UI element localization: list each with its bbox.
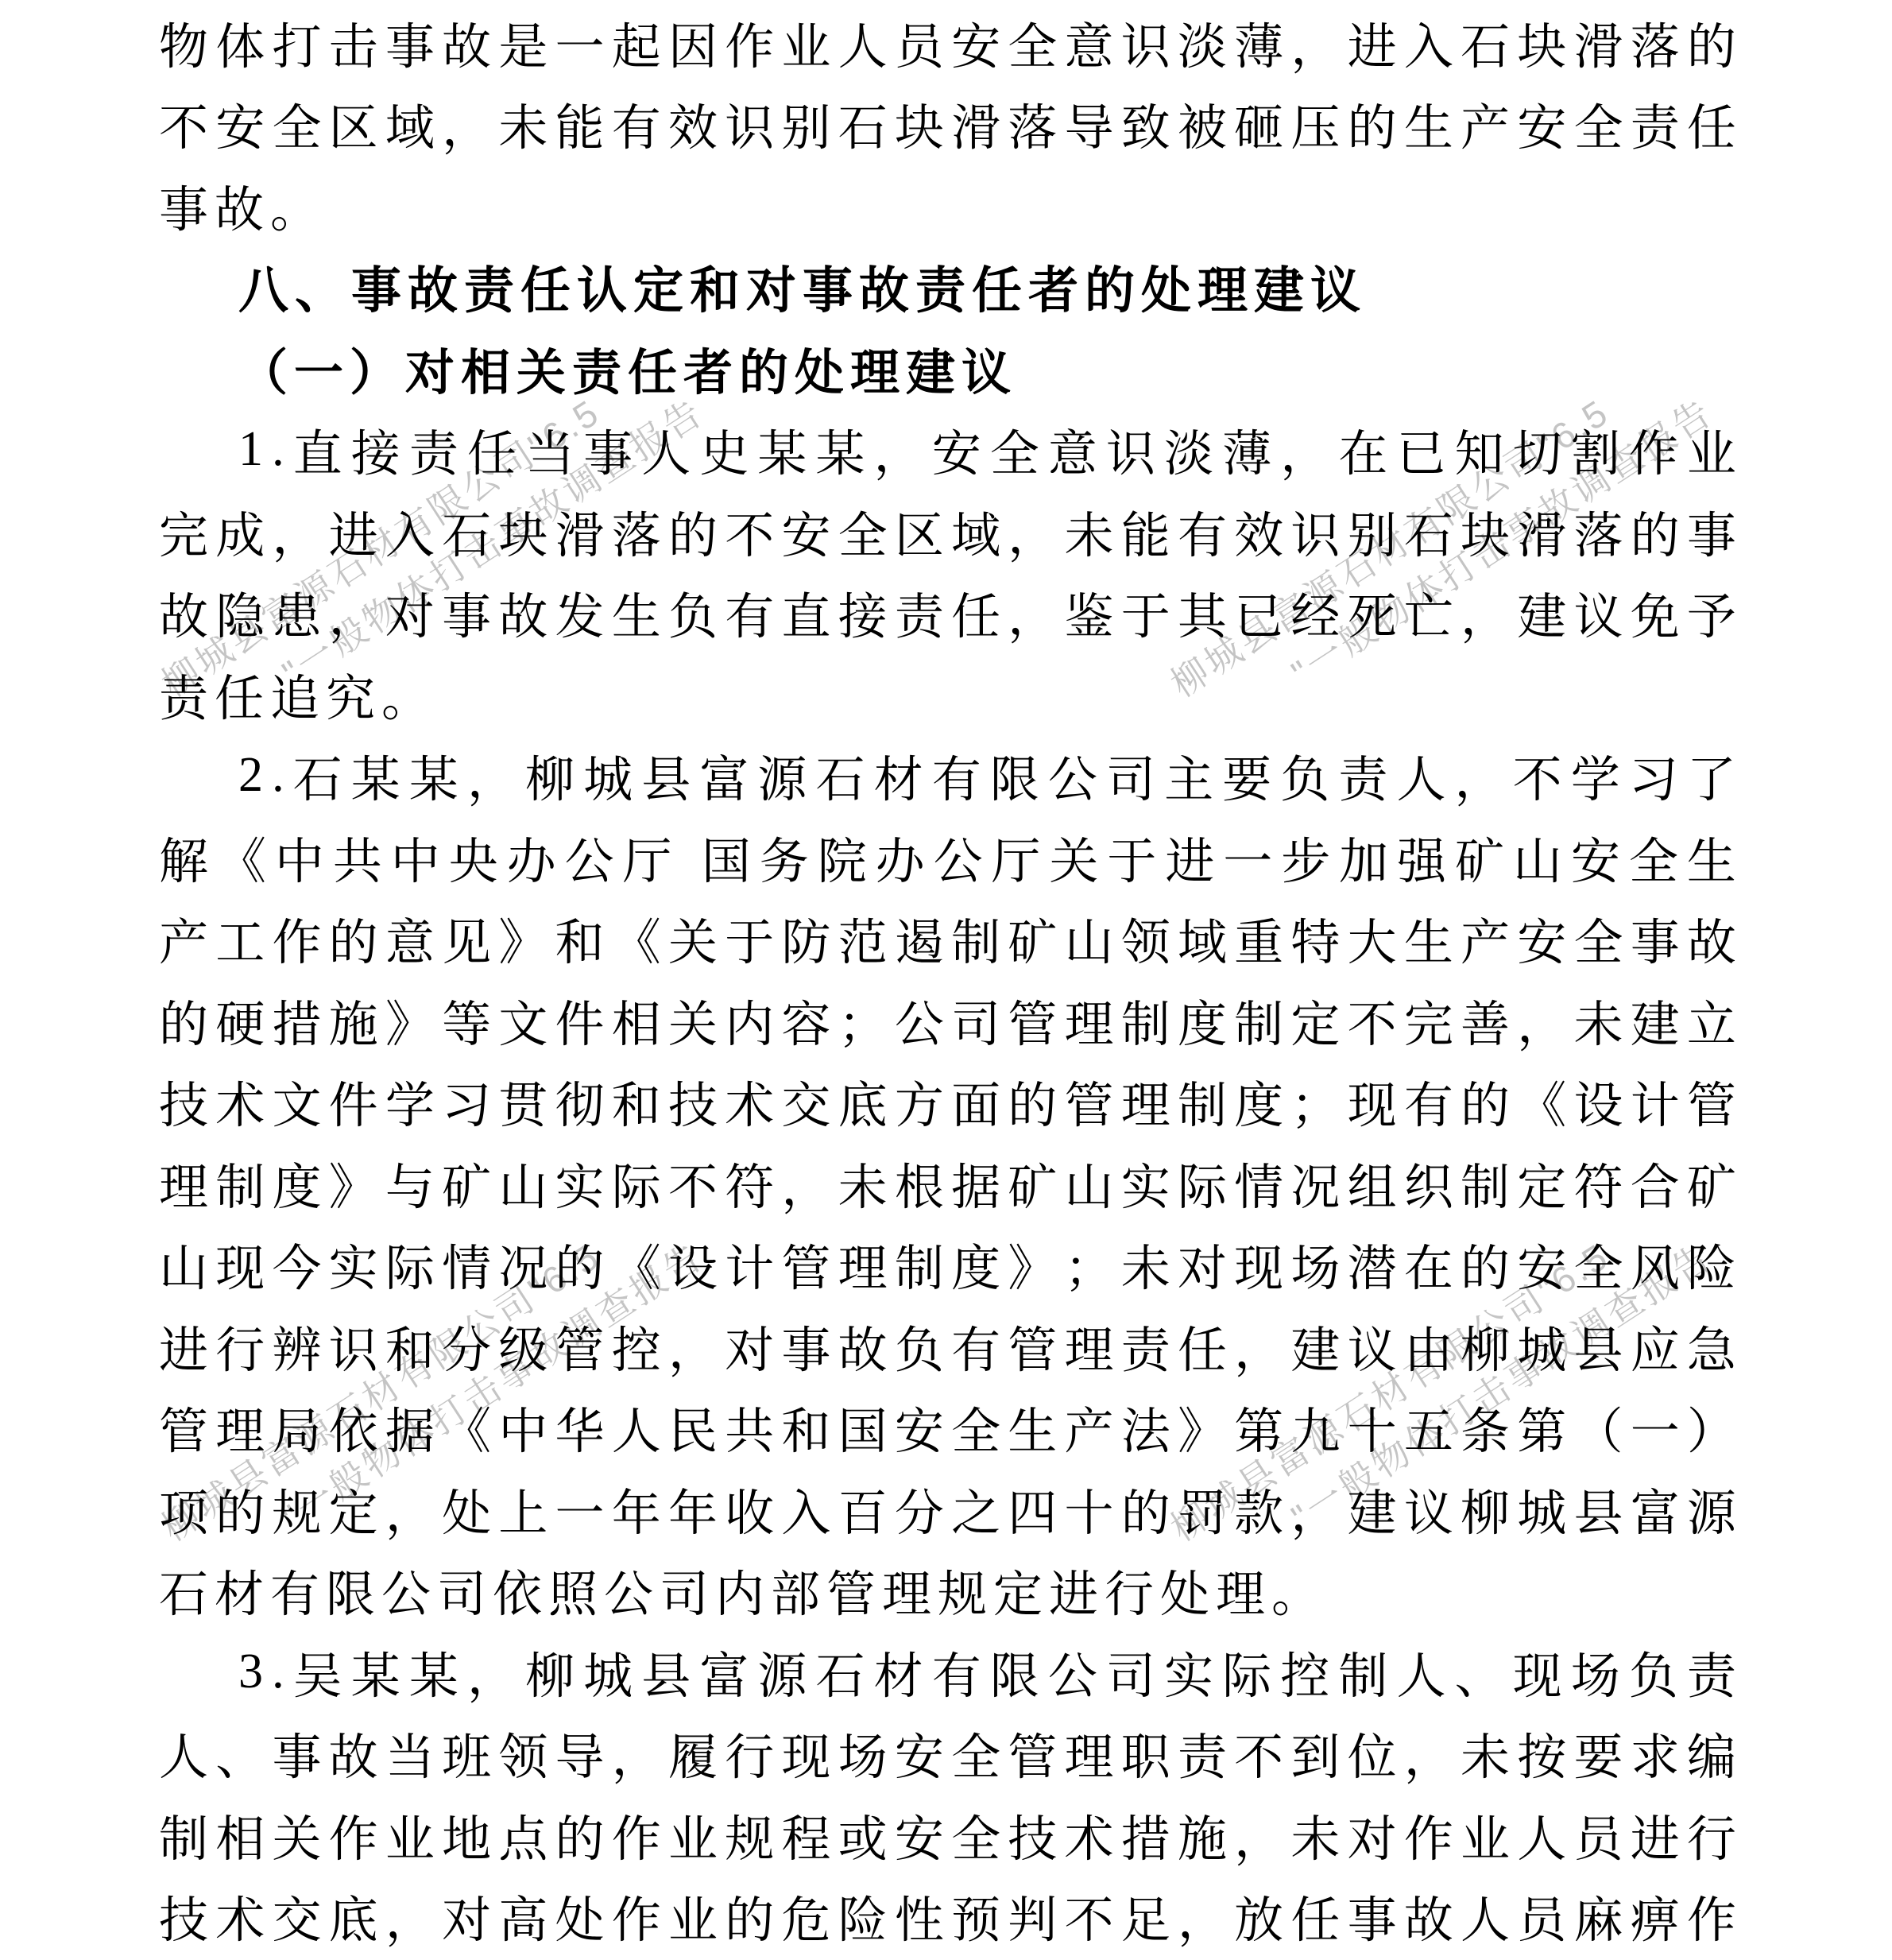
text-line: 石材有限公司依照公司内部管理规定进行处理。 bbox=[159, 1550, 1736, 1632]
text-line: 理制度》与矿山实际不符，未根据矿山实际情况组织制定符合矿 bbox=[159, 1142, 1736, 1224]
text-line: 人、事故当班领导，履行现场安全管理职责不到位，未按要求编 bbox=[159, 1713, 1736, 1795]
text-line: 解《中共中央办公厅 国务院办公厅关于进一步加强矿山安全生 bbox=[159, 816, 1736, 898]
text-line: 进行辨识和分级管控，对事故负有管理责任，建议由柳城县应急 bbox=[159, 1305, 1736, 1387]
text-line: 技术文件学习贯彻和技术交底方面的管理制度；现有的《设计管 bbox=[159, 1061, 1736, 1143]
text-line: 3.吴某某，柳城县富源石材有限公司实际控制人、现场负责 bbox=[159, 1631, 1736, 1713]
text-line: 技术交底，对高处作业的危险性预判不足，放任事故人员麻痹作 bbox=[159, 1876, 1736, 1958]
text-line: 产工作的意见》和《关于防范遏制矿山领域重特大生产安全事故 bbox=[159, 898, 1736, 980]
text-line: 事故。 bbox=[159, 165, 1736, 246]
text-line: 2.石某某，柳城县富源石材有限公司主要负责人，不学习了 bbox=[159, 735, 1736, 817]
text-line: 完成，进入石块滑落的不安全区域，未能有效识别石块滑落的事 bbox=[159, 490, 1736, 572]
text-line: 故隐患，对事故发生负有直接责任，鉴于其已经死亡，建议免予 bbox=[159, 572, 1736, 654]
text-line: 1.直接责任当事人史某某，安全意识淡薄，在已知切割作业 bbox=[159, 409, 1736, 491]
document-content: 物体打击事故是一起因作业人员安全意识淡薄，进入石块滑落的不安全区域，未能有效识别… bbox=[0, 0, 1892, 1960]
text-line: 管理局依据《中华人民共和国安全生产法》第九十五条第（一） bbox=[159, 1387, 1736, 1469]
document-page: 柳城县富源石材有限公司"6.5 "一般物体打击事故调查报告 柳城县富源石材有限公… bbox=[0, 0, 1892, 1960]
text-line: 不安全区域，未能有效识别石块滑落导致被砸压的生产安全责任 bbox=[159, 83, 1736, 165]
text-line: 山现今实际情况的《设计管理制度》；未对现场潜在的安全风险 bbox=[159, 1224, 1736, 1306]
text-line: 责任追究。 bbox=[159, 653, 1736, 735]
text-line: 物体打击事故是一起因作业人员安全意识淡薄，进入石块滑落的 bbox=[159, 2, 1736, 83]
text-line: 项的规定，处上一年年收入百分之四十的罚款，建议柳城县富源 bbox=[159, 1468, 1736, 1550]
sub-heading: （一）对相关责任者的处理建议 bbox=[159, 327, 1736, 409]
text-line: 制相关作业地点的作业规程或安全技术措施，未对作业人员进行 bbox=[159, 1794, 1736, 1876]
section-heading: 八、事故责任认定和对事故责任者的处理建议 bbox=[159, 246, 1736, 328]
text-line: 的硬措施》等文件相关内容；公司管理制度制定不完善，未建立 bbox=[159, 979, 1736, 1061]
